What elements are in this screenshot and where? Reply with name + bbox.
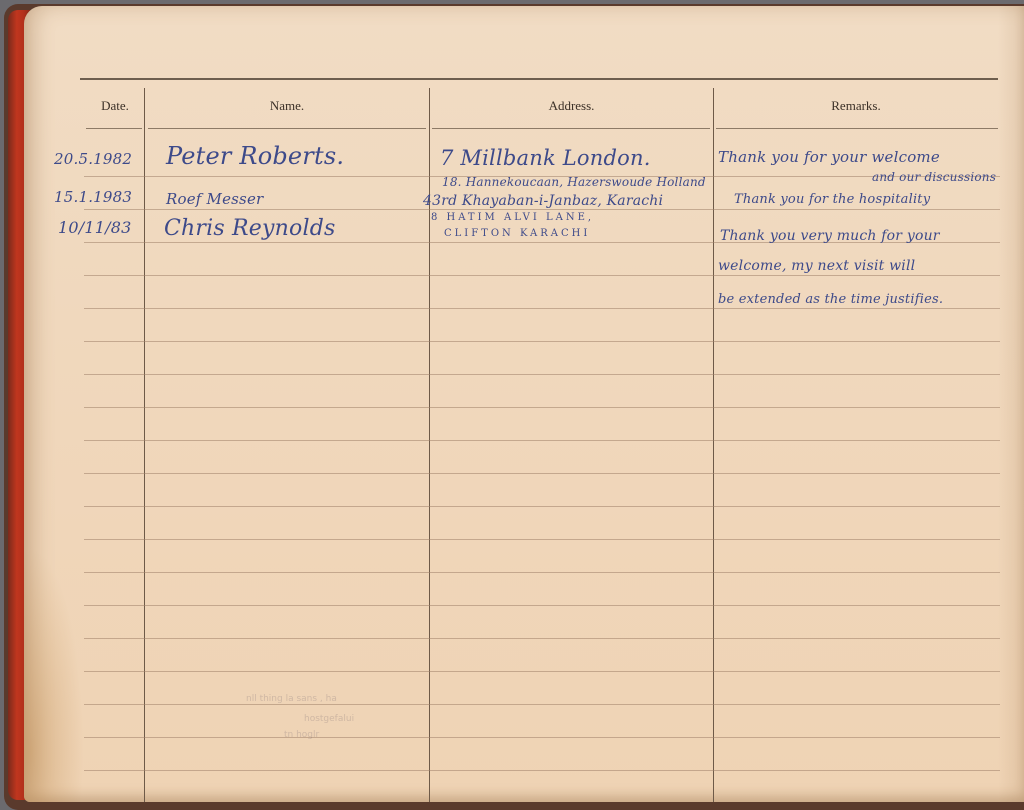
ruled-line <box>84 506 1000 507</box>
header-underline <box>716 128 998 129</box>
entry-remark-line: and our discussions <box>872 170 996 184</box>
page-stain <box>24 546 84 802</box>
ruled-line <box>84 539 1000 540</box>
ruled-line <box>84 275 1000 276</box>
header-underline <box>148 128 426 129</box>
entry-name: Chris Reynolds <box>164 216 335 241</box>
entry-address-line: 7 Millbank London. <box>440 146 651 170</box>
ruled-line <box>84 209 1000 210</box>
entry-date: 10/11/83 <box>58 218 131 237</box>
ruled-line <box>84 572 1000 573</box>
entry-remark-line: welcome, my next visit will <box>718 258 915 274</box>
ruled-line <box>84 638 1000 639</box>
entry-remark-line: Thank you very much for your <box>720 228 940 244</box>
page-edge <box>998 6 1024 802</box>
ruled-line <box>84 440 1000 441</box>
entry-date: 20.5.1982 <box>54 150 132 168</box>
ruled-line <box>84 671 1000 672</box>
ledger-page: Date. Name. Address. Remarks. 20.5.1982 … <box>24 6 1024 802</box>
entry-remark-line: Thank you for the hospitality <box>734 192 930 207</box>
ruled-line <box>84 770 1000 771</box>
ruled-line <box>84 407 1000 408</box>
header-underline <box>432 128 710 129</box>
top-rule <box>80 78 998 80</box>
entry-address-line: 8 HATIM ALVI LANE, <box>431 212 594 223</box>
entry-address-line: 43rd Khayaban-i-Janbaz, Karachi <box>423 193 663 209</box>
column-header-remarks: Remarks. <box>714 98 998 114</box>
column-header-name: Name. <box>145 98 429 114</box>
bleed-through-text: tn hoglr <box>284 730 319 740</box>
bleed-through-text: hostgefalui <box>304 714 354 724</box>
entry-address-line: CLIFTON KARACHI <box>444 228 590 239</box>
column-divider-date-name <box>144 88 145 802</box>
entry-remark-line: Thank you for your welcome <box>718 148 940 166</box>
entry-remark-line: be extended as the time justifies. <box>718 292 943 307</box>
ruled-line <box>84 704 1000 705</box>
entry-name: Peter Roberts. <box>166 142 344 170</box>
column-header-date: Date. <box>86 98 144 114</box>
ruled-line <box>84 605 1000 606</box>
ruled-line <box>84 737 1000 738</box>
header-underline <box>86 128 142 129</box>
column-header-address: Address. <box>430 98 713 114</box>
ruled-line <box>84 374 1000 375</box>
ruled-line <box>84 341 1000 342</box>
ruled-line <box>84 473 1000 474</box>
entry-date: 15.1.1983 <box>54 188 132 206</box>
entry-address-line: 18. Hannekoucaan, Hazerswoude Holland <box>442 175 706 189</box>
entry-name: Roef Messer <box>166 190 263 208</box>
ruled-line <box>84 308 1000 309</box>
bleed-through-text: nll thing la sans , ha <box>246 694 337 704</box>
column-divider-address-remarks <box>713 88 714 802</box>
